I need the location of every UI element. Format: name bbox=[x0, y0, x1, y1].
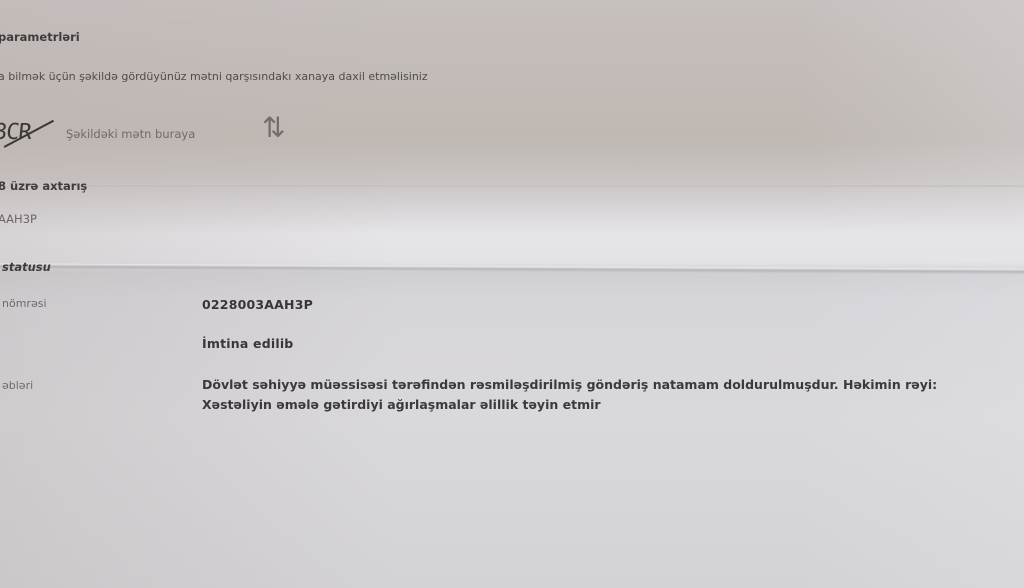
status-reason-value: Dövlət səhiyyə müəssisəsi tərəfindən rəs… bbox=[202, 375, 982, 415]
refresh-arrows-icon[interactable]: ⇅ bbox=[262, 114, 285, 142]
status-reason-label: əbləri bbox=[2, 379, 33, 392]
search-section-title: 8 üzrə axtarış bbox=[0, 179, 87, 193]
captcha-input[interactable] bbox=[66, 127, 226, 141]
search-value: AAH3P bbox=[0, 212, 37, 226]
status-result-value: İmtina edilib bbox=[202, 336, 293, 351]
captcha-section-title: parametrləri bbox=[0, 30, 80, 44]
captcha-hint: a bilmək üçün şəkildə gördüyünüz mətni q… bbox=[0, 70, 428, 83]
status-number-label: nömrəsi bbox=[2, 297, 47, 310]
status-number-value: 0228003AAH3P bbox=[202, 297, 313, 312]
status-check-page: parametrləri a bilmək üçün şəkildə gördü… bbox=[0, 0, 1024, 588]
status-section-title: statusu bbox=[2, 260, 51, 274]
